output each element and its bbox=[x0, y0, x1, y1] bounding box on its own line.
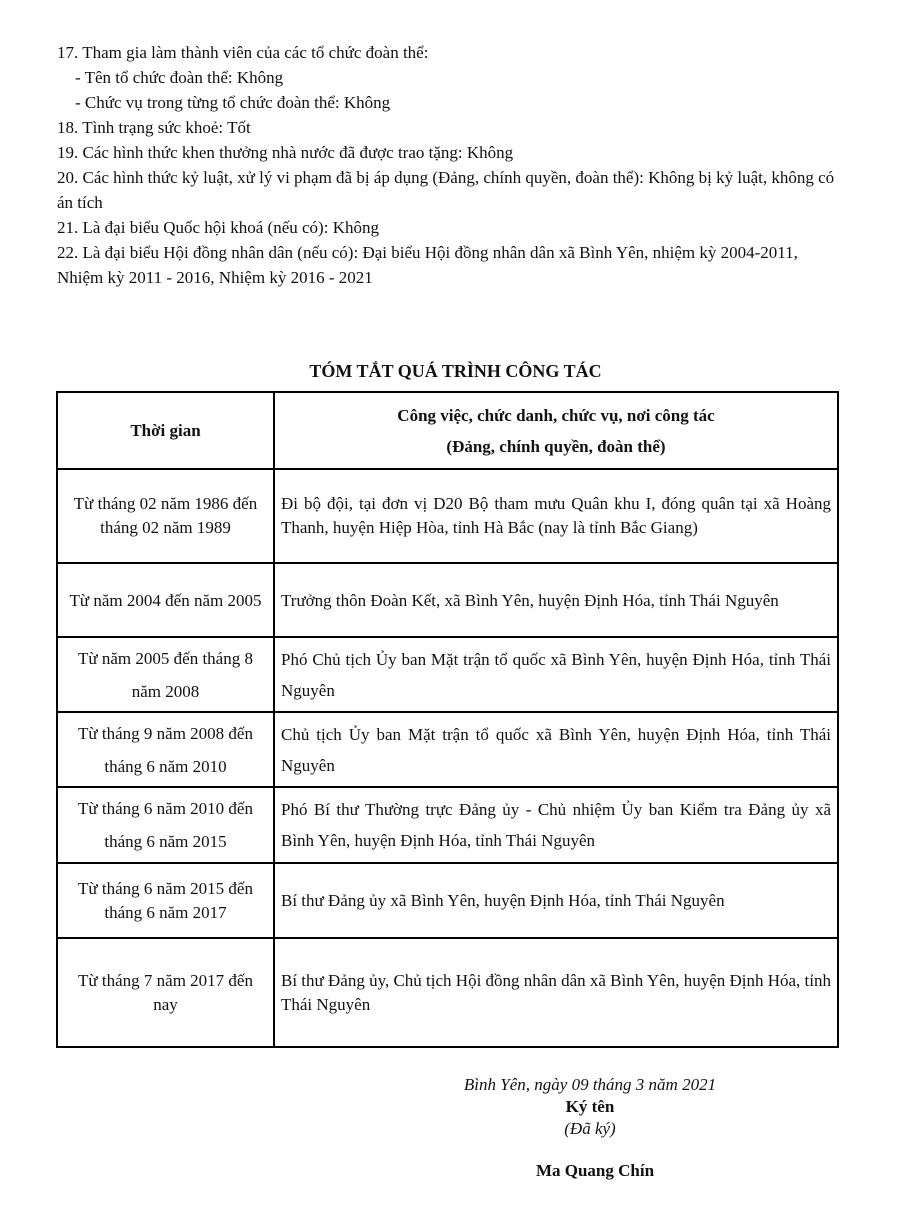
personal-info-section: 17. Tham gia làm thành viên của các tổ c… bbox=[57, 40, 842, 290]
career-table: Thời gian Công việc, chức danh, chức vụ,… bbox=[56, 391, 839, 1048]
item-19-awards: 19. Các hình thức khen thưởng nhà nước đ… bbox=[57, 140, 842, 165]
row-position: Bí thư Đảng ủy xã Bình Yên, huyện Định H… bbox=[274, 863, 838, 938]
row-time: Từ tháng 02 năm 1986 đến tháng 02 năm 19… bbox=[57, 469, 274, 563]
signature-place-date: Bình Yên, ngày 09 tháng 3 năm 2021 bbox=[400, 1074, 780, 1096]
document-page: 17. Tham gia làm thành viên của các tổ c… bbox=[0, 0, 911, 1232]
signature-name: Ma Quang Chín bbox=[405, 1160, 785, 1182]
table-row: Từ năm 2005 đến tháng 8 năm 2008Phó Chủ … bbox=[57, 637, 838, 712]
header-position: Công việc, chức danh, chức vụ, nơi công … bbox=[274, 392, 838, 469]
career-summary-title: TÓM TẮT QUÁ TRÌNH CÔNG TÁC bbox=[0, 359, 911, 383]
row-position: Đi bộ đội, tại đơn vị D20 Bộ tham mưu Qu… bbox=[274, 469, 838, 563]
row-position: Bí thư Đảng ủy, Chủ tịch Hội đồng nhân d… bbox=[274, 938, 838, 1047]
row-position: Phó Chủ tịch Ủy ban Mặt trận tổ quốc xã … bbox=[274, 637, 838, 712]
signature-signed-note: (Đã ký) bbox=[400, 1118, 780, 1140]
signature-label: Ký tên bbox=[400, 1096, 780, 1118]
row-position: Phó Bí thư Thường trực Đảng ủy - Chủ nhi… bbox=[274, 787, 838, 863]
item-21-national-assembly: 21. Là đại biểu Quốc hội khoá (nếu có): … bbox=[57, 215, 842, 240]
row-position: Trưởng thôn Đoàn Kết, xã Bình Yên, huyện… bbox=[274, 563, 838, 637]
item-22-peoples-council: 22. Là đại biểu Hội đồng nhân dân (nếu c… bbox=[57, 240, 842, 290]
table-row: Từ tháng 6 năm 2015 đến tháng 6 năm 2017… bbox=[57, 863, 838, 938]
header-time: Thời gian bbox=[57, 392, 274, 469]
table-row: Từ tháng 9 năm 2008 đến tháng 6 năm 2010… bbox=[57, 712, 838, 787]
table-row: Từ tháng 7 năm 2017 đến nayBí thư Đảng ủ… bbox=[57, 938, 838, 1047]
table-row: Từ tháng 02 năm 1986 đến tháng 02 năm 19… bbox=[57, 469, 838, 563]
row-time: Từ năm 2005 đến tháng 8 năm 2008 bbox=[57, 637, 274, 712]
table-row: Từ năm 2004 đến năm 2005Trưởng thôn Đoàn… bbox=[57, 563, 838, 637]
header-position-line2: (Đảng, chính quyền, đoàn thể) bbox=[281, 431, 831, 462]
career-table-header: Thời gian Công việc, chức danh, chức vụ,… bbox=[57, 392, 838, 469]
row-time: Từ tháng 6 năm 2010 đến tháng 6 năm 2015 bbox=[57, 787, 274, 863]
row-time: Từ tháng 9 năm 2008 đến tháng 6 năm 2010 bbox=[57, 712, 274, 787]
item-18-health: 18. Tình trạng sức khoẻ: Tốt bbox=[57, 115, 842, 140]
table-row: Từ tháng 6 năm 2010 đến tháng 6 năm 2015… bbox=[57, 787, 838, 863]
item-17-organization: - Tên tổ chức đoàn thể: Không bbox=[57, 65, 842, 90]
row-time: Từ tháng 7 năm 2017 đến nay bbox=[57, 938, 274, 1047]
row-time: Từ tháng 6 năm 2015 đến tháng 6 năm 2017 bbox=[57, 863, 274, 938]
header-position-line1: Công việc, chức danh, chức vụ, nơi công … bbox=[281, 400, 831, 431]
item-17-label: 17. Tham gia làm thành viên của các tổ c… bbox=[57, 40, 842, 65]
item-20-discipline: 20. Các hình thức kỷ luật, xử lý vi phạm… bbox=[57, 165, 842, 215]
career-table-body: Từ tháng 02 năm 1986 đến tháng 02 năm 19… bbox=[57, 469, 838, 1047]
row-position: Chủ tịch Ủy ban Mặt trận tổ quốc xã Bình… bbox=[274, 712, 838, 787]
item-17-role: - Chức vụ trong từng tổ chức đoàn thể: K… bbox=[57, 90, 842, 115]
row-time: Từ năm 2004 đến năm 2005 bbox=[57, 563, 274, 637]
